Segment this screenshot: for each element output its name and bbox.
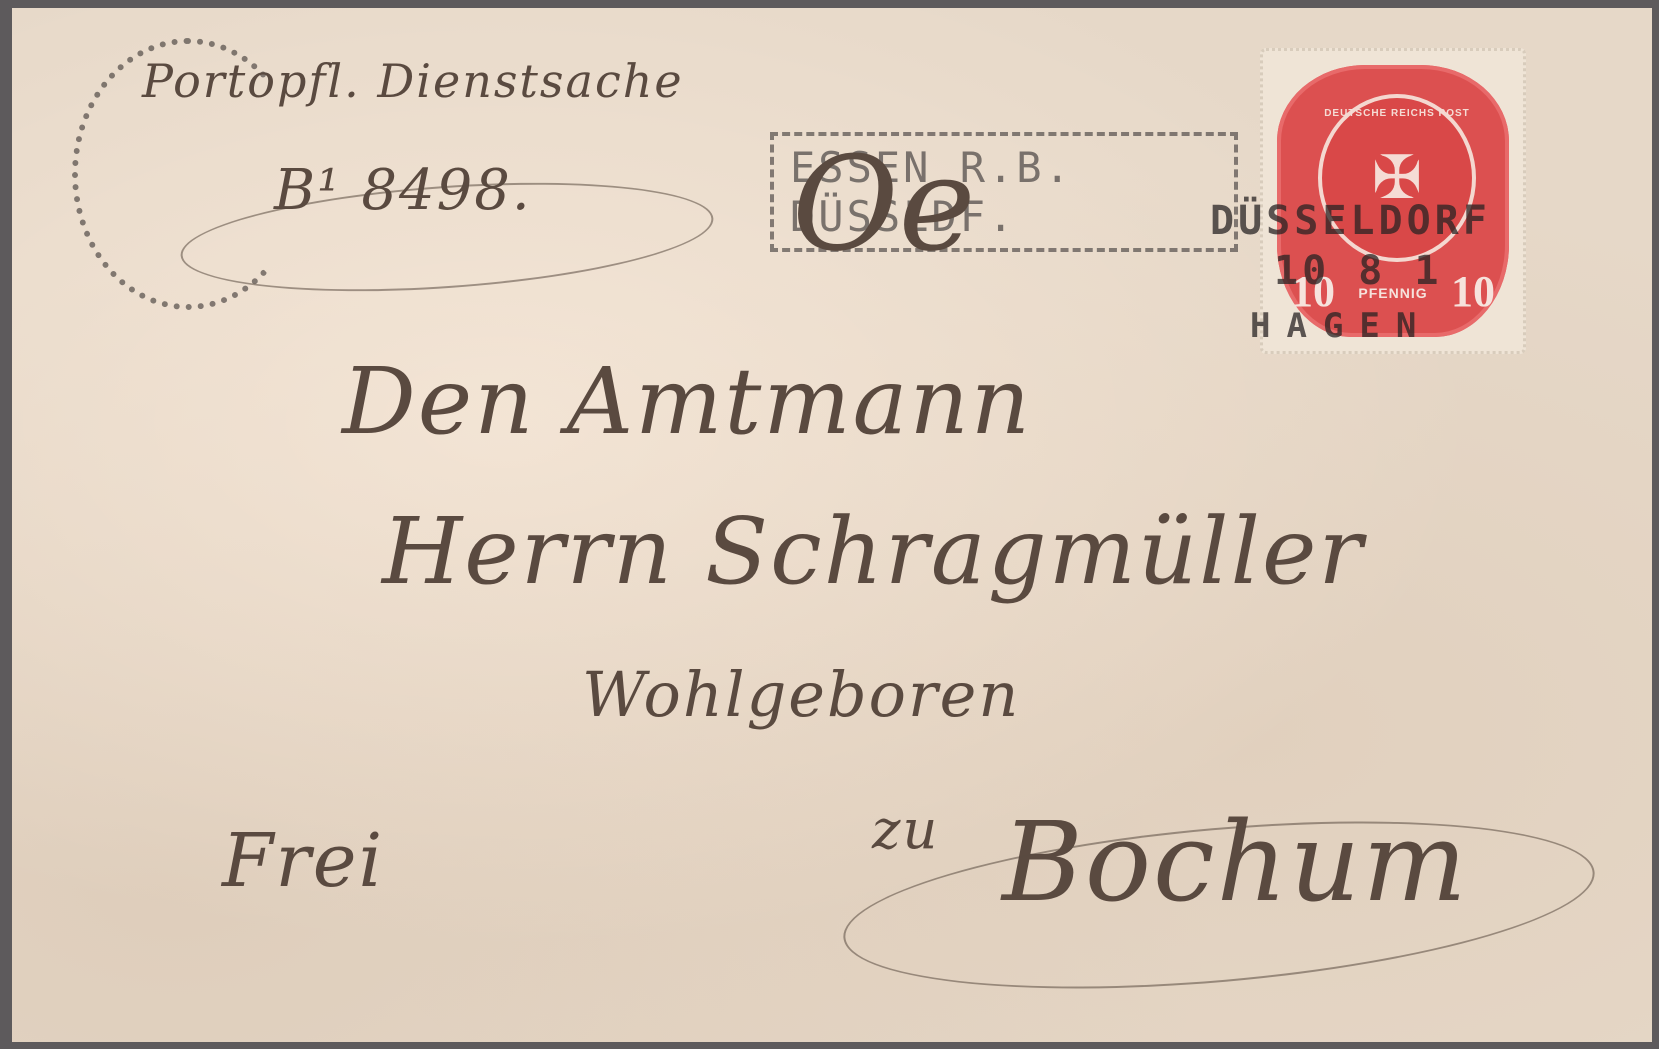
line-postmark-bottom: HAGEN	[1250, 306, 1432, 346]
bottom-left-note: Frei	[222, 818, 384, 904]
franking-mark: Oe	[792, 128, 976, 280]
line-postmark-top: DÜSSELDORF	[1210, 198, 1491, 244]
address-line3: Wohlgeboren	[582, 658, 1020, 731]
address-line2: Herrn Schragmüller	[382, 498, 1364, 605]
address-line4-prefix: zu	[872, 798, 939, 861]
stamp-value-right: 10	[1451, 266, 1495, 317]
address-line1: Den Amtmann	[342, 348, 1032, 455]
stamp-legend: DEUTSCHE REICHS POST	[1322, 108, 1472, 119]
manuscript-header-line1: Portopfl. Dienstsache	[142, 54, 684, 108]
line-postmark-date: 10 8 1	[1274, 248, 1443, 294]
flourish-oval-bottom	[837, 795, 1602, 1014]
envelope: Portopfl. Dienstsache B¹ 8498. ESSEN R.B…	[12, 8, 1652, 1042]
